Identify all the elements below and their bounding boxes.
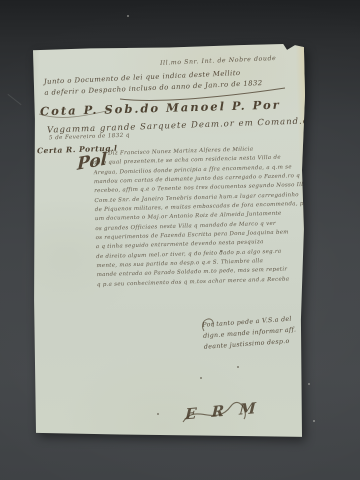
ink-speck <box>157 413 159 415</box>
closing-block: Por tanto pede a V.S.a deldign.e mande i… <box>202 312 314 353</box>
ink-speck <box>220 250 222 252</box>
registry-line-2: Vagamma grande Sarquete Deam.or em Coman… <box>47 116 309 135</box>
dust-speck <box>127 15 129 17</box>
signature-initials: E R M <box>185 399 262 424</box>
manuscript-photo: Ill.mo Snr. Int. de Nobre doude Junto o … <box>0 0 360 480</box>
dust-speck <box>313 420 315 422</box>
body-text-block: Diz Francisco Nunez Martinz Alferes de M… <box>93 144 311 290</box>
ink-speck <box>200 377 202 379</box>
paper-surface: Ill.mo Snr. Int. de Nobre doude Junto o … <box>33 44 305 438</box>
heading-line: Ill.mo Snr. Int. de Nobre doude <box>160 54 296 67</box>
ink-speck <box>237 366 239 368</box>
dust-speck <box>308 383 310 385</box>
paper-sheet: Ill.mo Snr. Int. de Nobre doude Junto o … <box>33 44 305 438</box>
background-scratch <box>7 94 21 105</box>
registry-line-1: Cota P. Sob.do Manoel P. Por <box>40 98 281 119</box>
docket-block: Junto o Documento de lei que indica dest… <box>44 65 305 98</box>
